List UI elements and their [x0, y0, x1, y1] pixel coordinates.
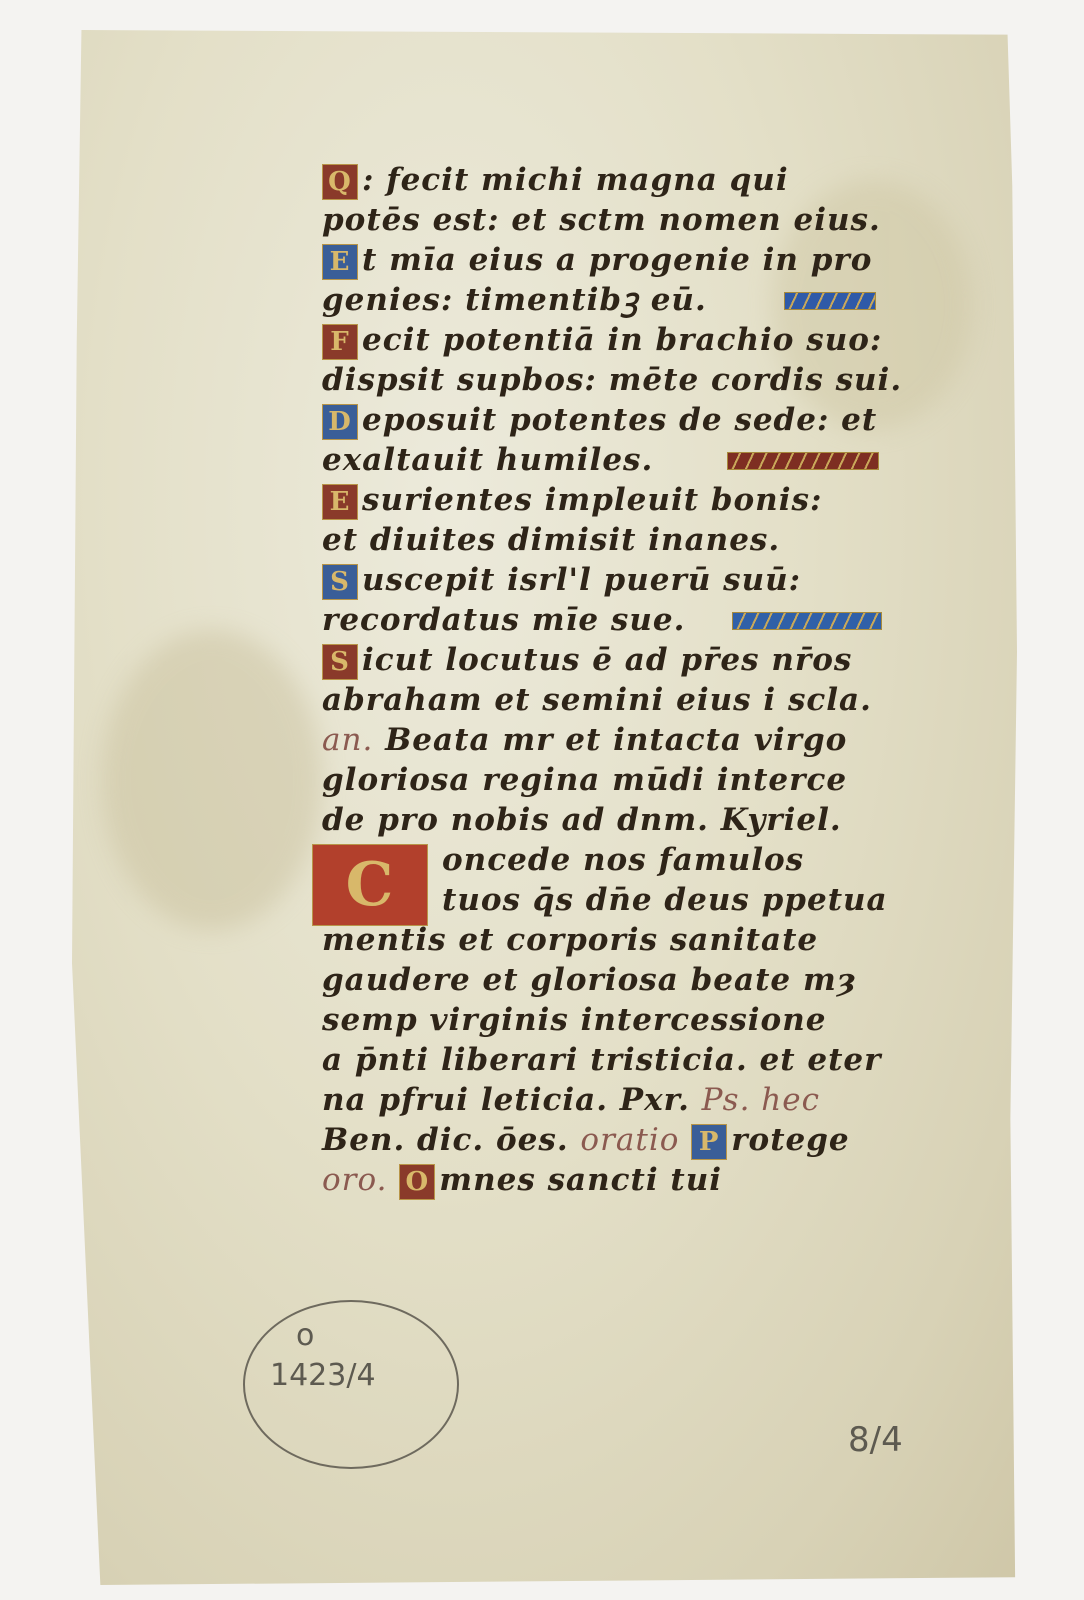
text-line: dispsit supbos: mēte cordis sui.: [322, 360, 892, 400]
rubric: oratio: [580, 1122, 679, 1158]
text-line: mentis et corporis sanitate: [322, 920, 892, 960]
water-stain: [102, 630, 322, 930]
text-line: Et mīa eius a progenie in pro: [322, 240, 892, 280]
pencil-annotation-top: o: [296, 1318, 314, 1353]
illuminated-initial: Q: [322, 164, 358, 200]
text-line: et diuites dimisit inanes.: [322, 520, 892, 560]
pencil-annotation-corner: 8/4: [848, 1420, 903, 1460]
illuminated-initial: P: [691, 1124, 727, 1160]
illuminated-initial: E: [322, 244, 358, 280]
text-line: Q: fecit michi magna qui: [322, 160, 892, 200]
text-line: potēs est: et sctm nomen eius.: [322, 200, 892, 240]
text-line: Deposuit potentes de sede: et: [322, 400, 892, 440]
text-line: de pro nobis ad dnm. Kyriel.: [322, 800, 892, 840]
illuminated-initial: E: [322, 484, 358, 520]
text-line: genies: timentibꝫ eū.: [322, 280, 892, 320]
line-filler-blue: [732, 612, 882, 630]
illuminated-initial: S: [322, 644, 358, 680]
line-filler-red: [727, 452, 879, 470]
text-line: Fecit potentiā in brachio suo:: [322, 320, 892, 360]
illuminated-initial: S: [322, 564, 358, 600]
text-line: na pfrui leticia. Pxr. Ps. hec: [322, 1080, 892, 1120]
text-line: recordatus mīe sue.: [322, 600, 892, 640]
rubric: an.: [322, 722, 373, 758]
illuminated-initial: F: [322, 324, 358, 360]
text-line: tuos q̄s dn̄e deus ppetua: [322, 880, 892, 920]
illuminated-initial: O: [399, 1164, 435, 1200]
text-line: Concede nos famulos: [322, 840, 892, 880]
rubric: oro.: [322, 1162, 387, 1198]
pencil-annotation-number: 1423/4: [270, 1358, 376, 1393]
text-line: Sicut locutus ē ad pr̄es nr̄os: [322, 640, 892, 680]
text-line: exaltauit humiles.: [322, 440, 892, 480]
illuminated-initial: D: [322, 404, 358, 440]
text-line: oro. Omnes sancti tui: [322, 1160, 892, 1200]
text-line: an. Beata mr et intacta virgo: [322, 720, 892, 760]
text-line: gaudere et gloriosa beate mȝ: [322, 960, 892, 1000]
text-line: Ben. dic. ōes. oratio Protege: [322, 1120, 892, 1160]
text-line: gloriosa regina mūdi interce: [322, 760, 892, 800]
text-line: abraham et semini eius i scla.: [322, 680, 892, 720]
rubric: Ps. hec: [702, 1082, 820, 1118]
text-line: a p̄nti liberari tristicia. et eter: [322, 1040, 892, 1080]
manuscript-text-block: Q: fecit michi magna qui potēs est: et s…: [322, 160, 892, 1200]
line-filler-blue: [784, 292, 876, 310]
text-line: Suscepit isrl'l puerū suū:: [322, 560, 892, 600]
text-line: Esurientes impleuit bonis:: [322, 480, 892, 520]
text-line: semp virginis intercessione: [322, 1000, 892, 1040]
